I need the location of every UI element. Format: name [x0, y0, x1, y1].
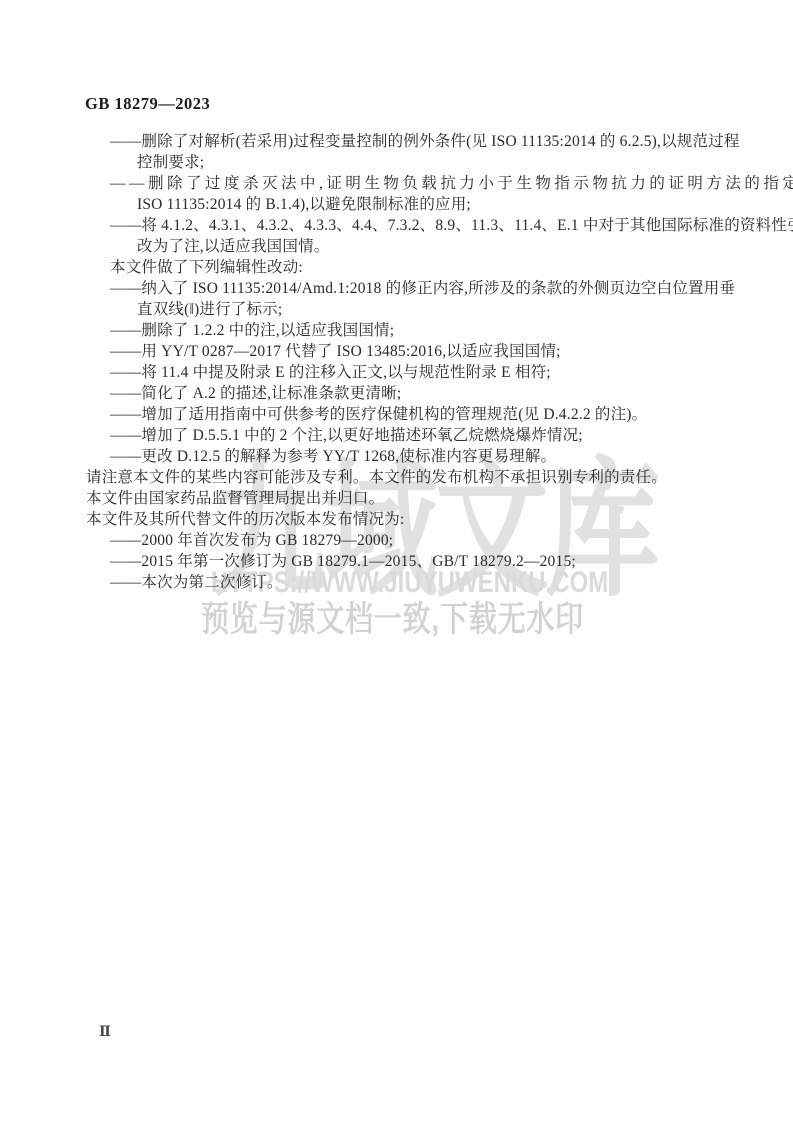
document-line: ——删除了过度杀灭法中,证明生物负载抗力小于生物指示物抗力的证明方法的指定(见 [110, 173, 726, 194]
document-line: 本文件做了下列编辑性改动: [110, 257, 726, 278]
document-line: ——增加了适用指南中可供参考的医疗保健机构的管理规范(见 D.4.2.2 的注)… [110, 404, 726, 425]
document-body: ——删除了对解析(若采用)过程变量控制的例外条件(见 ISO 11135:201… [86, 131, 726, 593]
document-line: 本文件由国家药品监督管理局提出并归口。 [86, 488, 726, 509]
document-line: 控制要求; [137, 152, 726, 173]
document-line: 改为了注,以适应我国国情。 [137, 236, 726, 257]
document-line: ISO 11135:2014 的 B.1.4),以避免限制标准的应用; [137, 194, 726, 215]
page-number: Ⅱ [99, 1024, 111, 1041]
document-line: ——删除了 1.2.2 中的注,以适应我国国情; [110, 320, 726, 341]
document-line: 本文件及其所代替文件的历次版本发布情况为: [86, 509, 726, 530]
document-line: ——简化了 A.2 的描述,让标准条款更清晰; [110, 383, 726, 404]
standard-number-header: GB 18279—2023 [85, 94, 210, 114]
watermark-slogan-text: 预览与源文档一致,下载无水印 [201, 601, 584, 640]
document-line: 请注意本文件的某些内容可能涉及专利。本文件的发布机构不承担识别专利的责任。 [86, 467, 726, 488]
document-line: ——本次为第二次修订。 [110, 572, 726, 593]
document-line: ——2000 年首次发布为 GB 18279—2000; [110, 530, 726, 551]
document-line: ——将 4.1.2、4.3.1、4.3.2、4.3.3、4.4、7.3.2、8.… [110, 215, 726, 236]
document-line: ——2015 年第一次修订为 GB 18279.1—2015、GB/T 1827… [110, 551, 726, 572]
document-line: ——将 11.4 中提及附录 E 的注移入正文,以与规范性附录 E 相符; [110, 362, 726, 383]
document-line: ——用 YY/T 0287—2017 代替了 ISO 13485:2016,以适… [110, 341, 726, 362]
document-line: 直双线(‖)进行了标示; [137, 299, 726, 320]
document-line: ——删除了对解析(若采用)过程变量控制的例外条件(见 ISO 11135:201… [110, 131, 726, 152]
document-line: ——增加了 D.5.5.1 中的 2 个注,以更好地描述环氧乙烷燃烧爆炸情况; [110, 425, 726, 446]
document-line: ——更改 D.12.5 的解释为参考 YY/T 1268,使标准内容更易理解。 [110, 446, 726, 467]
document-line: ——纳入了 ISO 11135:2014/Amd.1:2018 的修正内容,所涉… [110, 278, 726, 299]
document-page: GB 18279—2023 九域文库 HTTPS://WWW.JIUYUWENK… [0, 0, 793, 1122]
